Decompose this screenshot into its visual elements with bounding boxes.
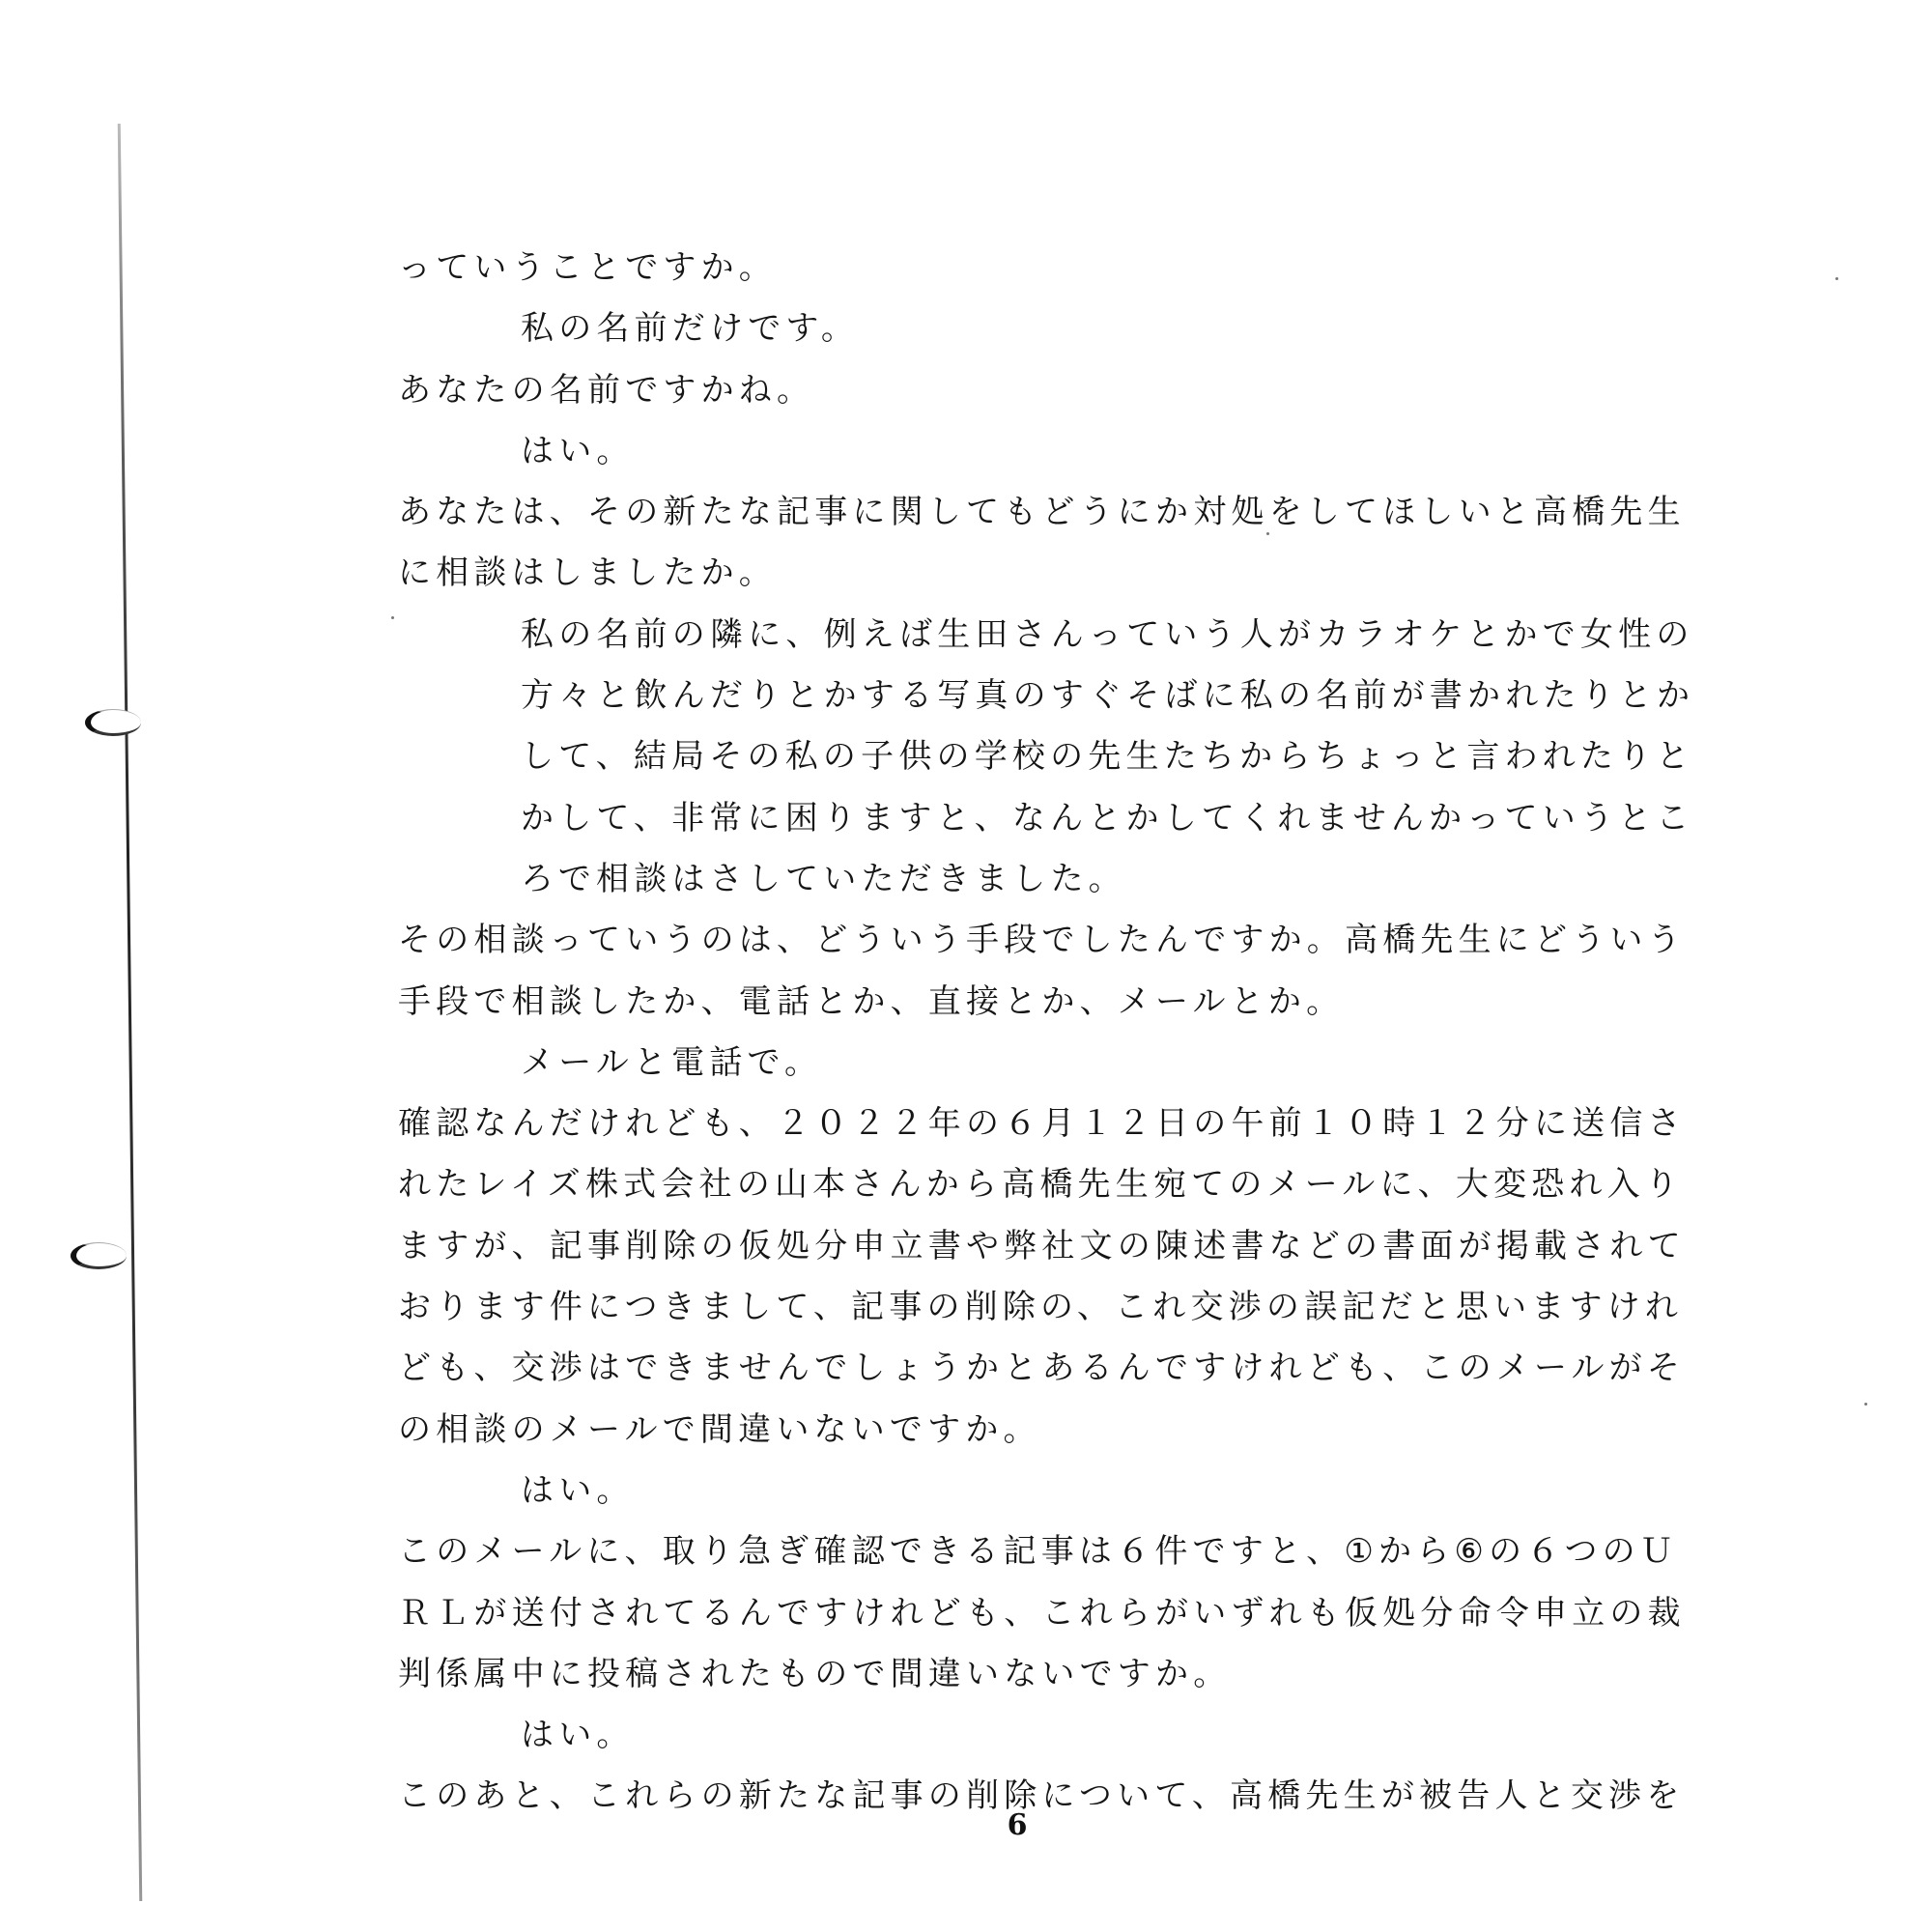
question-line: その相談っていうのは、どういう手段でしたんですか。高橋先生にどういう <box>398 910 1789 971</box>
question-line: 確認なんだけれども、２０２２年の６月１２日の午前１０時１２分に送信さ <box>398 1094 1789 1154</box>
question-line: に相談はしましたか。 <box>398 543 1789 604</box>
answer-line: メールと電話で。 <box>398 1033 1789 1094</box>
answer-line: ろで相談はさしていただきました。 <box>398 849 1789 910</box>
question-line: ますが、記事削除の仮処分申立書や弊社文の陳述書などの書面が掲載されて <box>398 1216 1789 1277</box>
binding-edge-line <box>118 124 142 1901</box>
punch-hole-icon <box>71 1242 127 1269</box>
answer-line: かして、非常に困りますと、なんとかしてくれませんかっていうとこ <box>398 788 1789 849</box>
question-line: ども、交渉はできませんでしょうかとあるんですけれども、このメールがそ <box>398 1338 1789 1399</box>
question-line: あなたは、その新たな記事に関してもどうにか対処をしてほしいと高橋先生 <box>398 482 1789 543</box>
answer-line: 私の名前だけです。 <box>398 298 1789 359</box>
scan-speck <box>1245 1365 1248 1368</box>
question-line: このメールに、取り急ぎ確認できる記事は６件ですと、①から⑥の６つのＵ <box>398 1521 1789 1582</box>
answer-line: 私の名前の隣に、例えば生田さんっていう人がカラオケとかで女性の <box>398 605 1789 666</box>
question-line: おります件につきまして、記事の削除の、これ交渉の誤記だと思いますけれ <box>398 1277 1789 1338</box>
answer-line: 方々と飲んだりとかする写真のすぐそばに私の名前が書かれたりとか <box>398 666 1789 726</box>
question-line: 判係属中に投稿されたもので間違いないですか。 <box>398 1644 1789 1705</box>
answer-line: して、結局その私の子供の学校の先生たちからちょっと言われたりと <box>398 726 1789 787</box>
question-line: あなたの名前ですかね。 <box>398 360 1789 421</box>
question-line: ＲＬが送付されてるんですけれども、これらがいずれも仮処分命令申立の裁 <box>398 1583 1789 1644</box>
scan-speck <box>391 616 394 619</box>
question-line: 手段で相談したか、電話とか、直接とか、メールとか。 <box>398 972 1789 1033</box>
question-line: の相談のメールで間違いないですか。 <box>398 1400 1789 1461</box>
scan-speck <box>1266 532 1269 535</box>
document-page: っていうことですか。 私の名前だけです。 あなたの名前ですかね。 はい。 あなた… <box>0 0 1932 1932</box>
scan-speck <box>1864 1403 1867 1406</box>
answer-line: はい。 <box>398 1461 1789 1521</box>
answer-line: はい。 <box>398 1705 1789 1766</box>
page-number: 6 <box>0 1808 1932 1842</box>
transcript-body: っていうことですか。 私の名前だけです。 あなたの名前ですかね。 はい。 あなた… <box>398 238 1789 1828</box>
punch-hole-icon <box>85 709 141 736</box>
answer-line: はい。 <box>398 421 1789 482</box>
question-line: っていうことですか。 <box>398 238 1789 298</box>
scan-speck <box>1835 277 1838 280</box>
question-line: れたレイズ株式会社の山本さんから高橋先生宛てのメールに、大変恐れ入り <box>398 1154 1789 1215</box>
